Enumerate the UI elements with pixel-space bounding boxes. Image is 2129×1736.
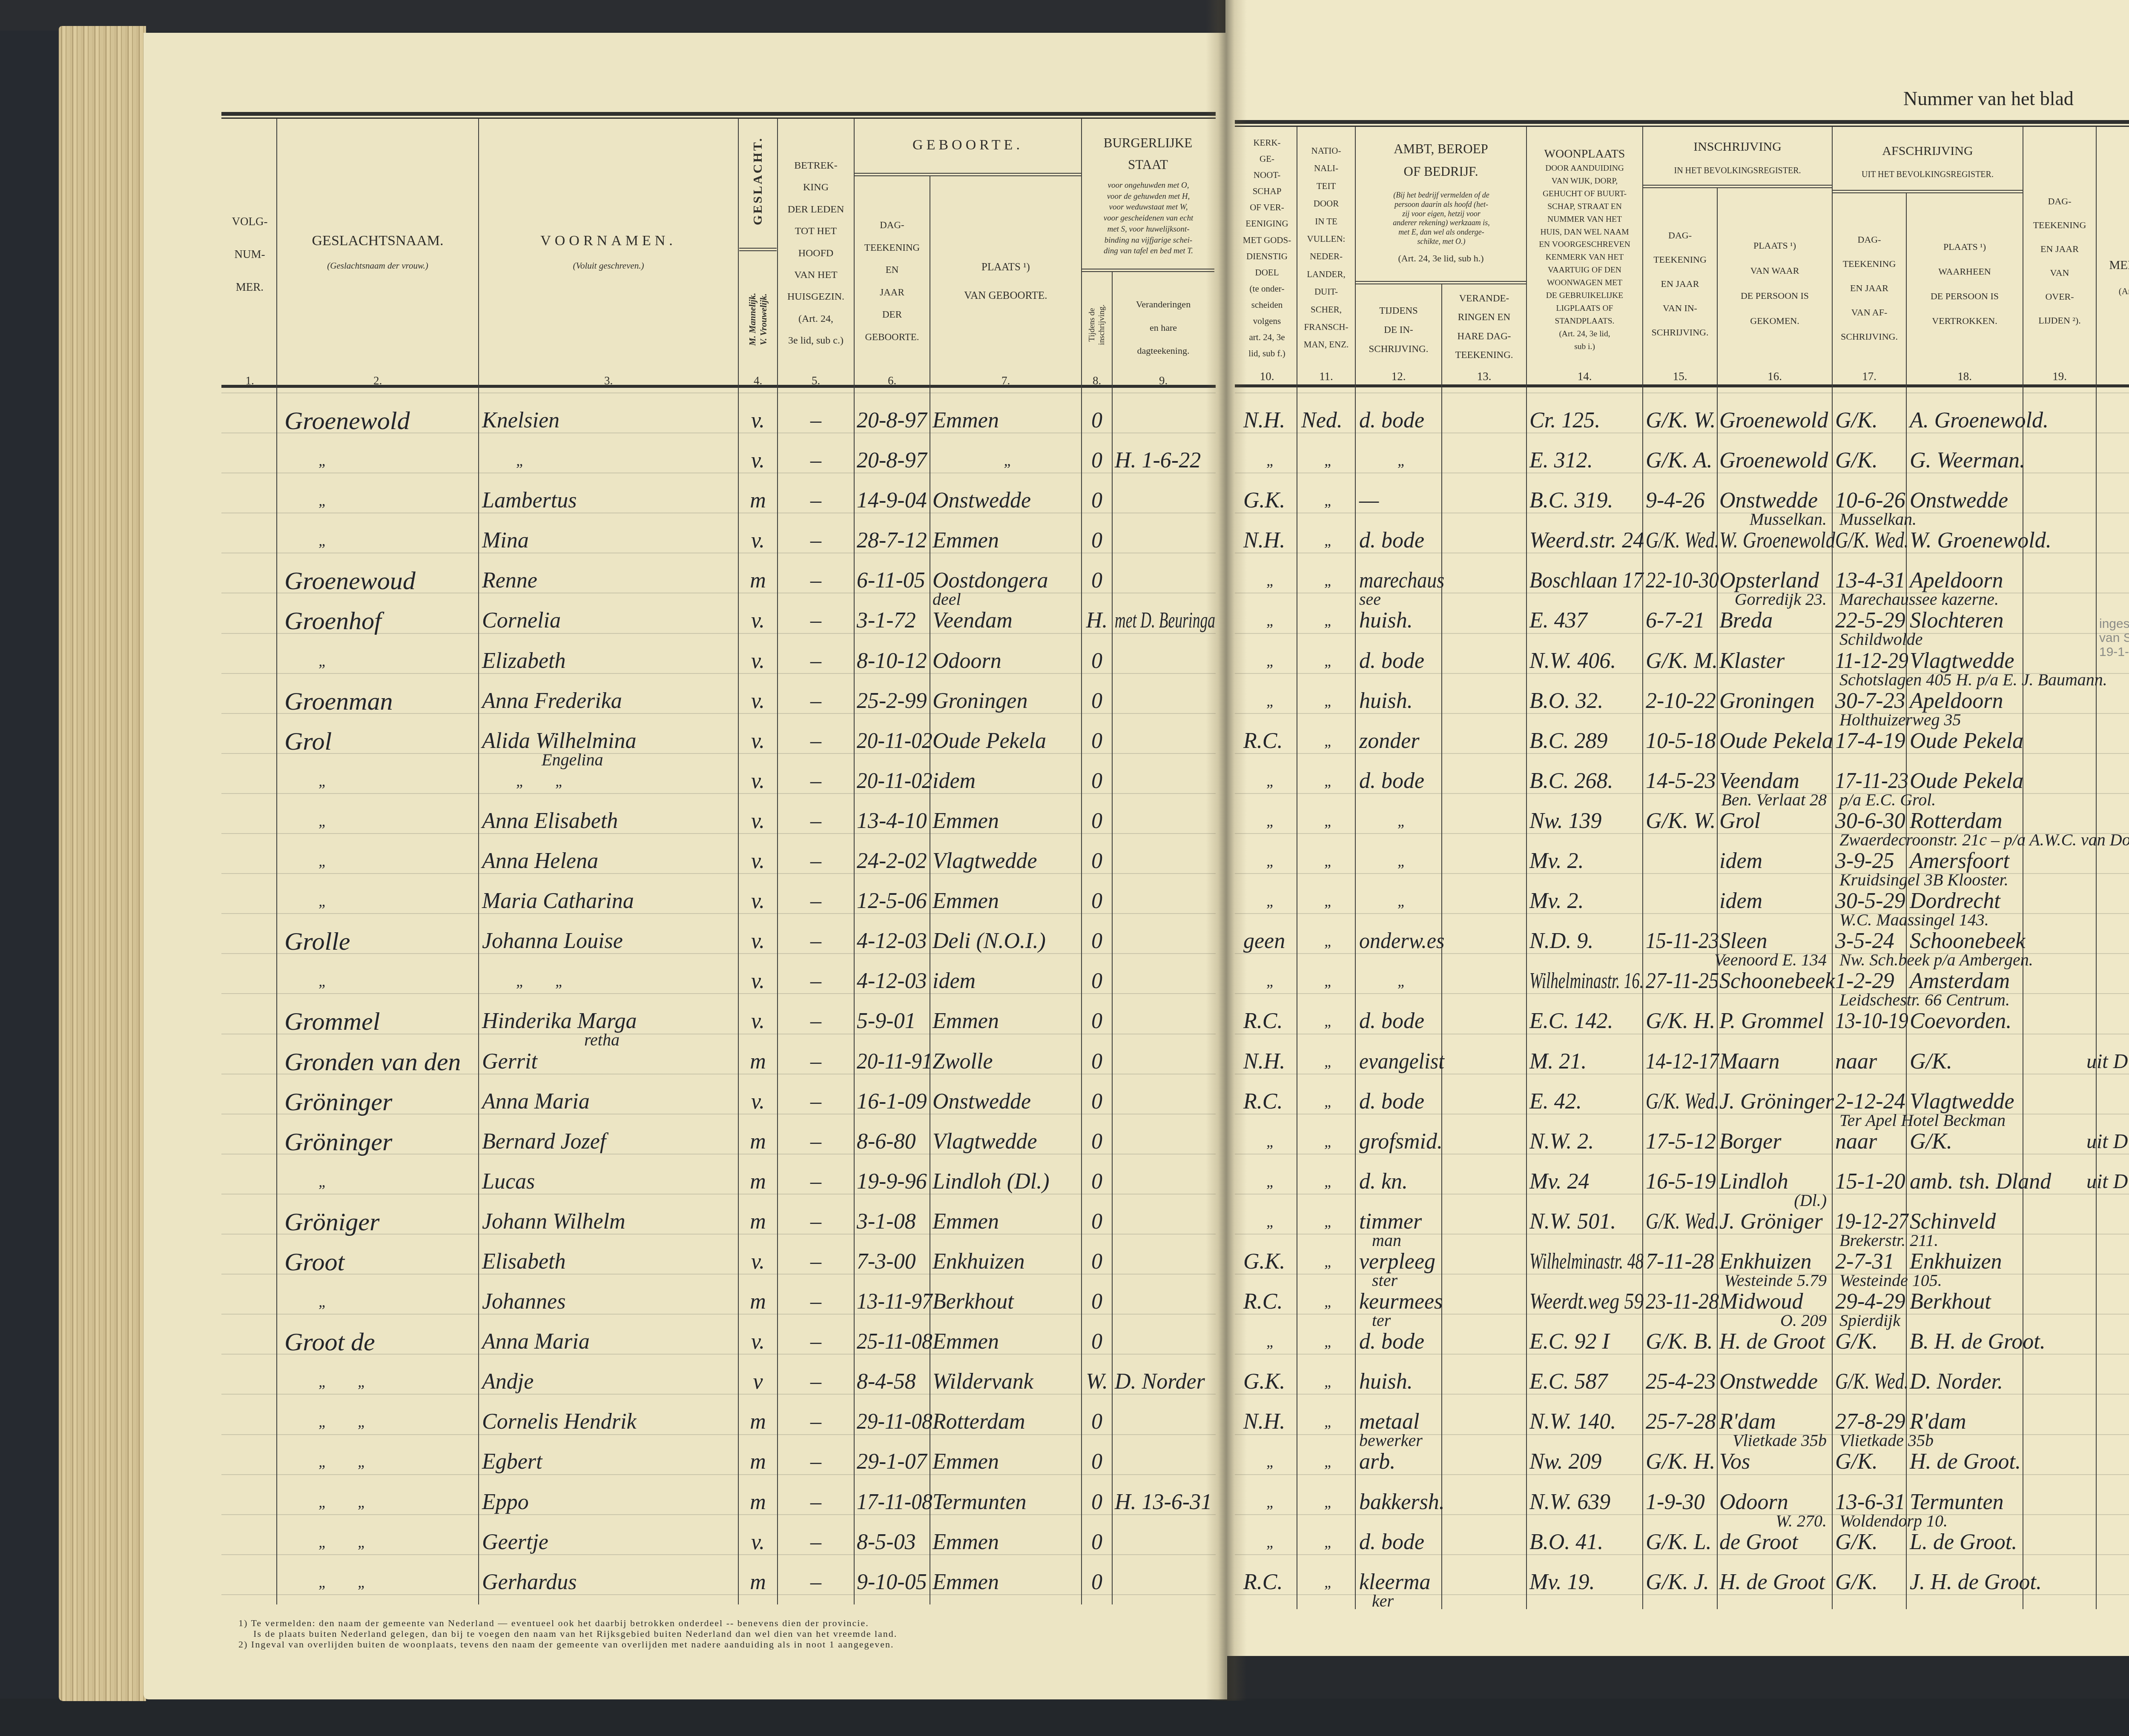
religion-cell: „ bbox=[1243, 961, 1298, 1001]
address-cell: B.C. 289 bbox=[1529, 721, 1644, 761]
remarks-cell bbox=[2086, 1522, 2129, 1562]
surname-cell: „ „ bbox=[284, 1522, 477, 1562]
header-nationaliteit: NATIO- NALI- TEIT DOOR IN TE VULLEN: NED… bbox=[1297, 142, 1355, 354]
register-row: „ „ Eppo m – 17-11-08 Termunten 0 H. 13-… bbox=[0, 1482, 2129, 1522]
surname-cell: „ „ bbox=[284, 1442, 477, 1482]
column-number-1: 1. bbox=[223, 374, 277, 387]
civil-status-changes-cell: D. Norder bbox=[1115, 1362, 1215, 1402]
address-cell: Nw. 209 bbox=[1529, 1442, 1644, 1482]
column-number-8: 8. bbox=[1082, 374, 1112, 387]
relation-to-head-cell: – bbox=[778, 1001, 854, 1041]
occupation-changes-cell bbox=[1444, 1042, 1525, 1082]
relation-to-head-cell: – bbox=[778, 1482, 854, 1522]
sex-cell: v. bbox=[738, 521, 778, 561]
register-row: Groot Elisabeth v. – 7-3-00 Enkhuizen 0 … bbox=[0, 1242, 2129, 1282]
religion-cell: R.C. bbox=[1243, 1282, 1298, 1322]
nationality-cell: „ bbox=[1301, 1242, 1356, 1282]
address-cell: N.W. 2. bbox=[1529, 1122, 1644, 1162]
death-date-cell bbox=[2026, 681, 2096, 721]
address-cell: Wilhelminastr. 16. bbox=[1529, 961, 1611, 1001]
religion-cell: „ bbox=[1243, 641, 1298, 681]
surname-cell: „ bbox=[284, 481, 477, 521]
footnote-1-continued: Is de plaats buiten Nederland gelegen, d… bbox=[253, 1628, 897, 1639]
remarks-cell bbox=[2086, 1322, 2129, 1362]
death-date-cell bbox=[2026, 1442, 2096, 1482]
header-ambt-article: (Art. 24, 3e lid, sub h.) bbox=[1355, 252, 1526, 265]
surname-cell: „ bbox=[284, 841, 477, 881]
surname-cell: Groenewoud bbox=[284, 561, 477, 601]
remarks-cell bbox=[2086, 1082, 2129, 1122]
column-number-16: 16. bbox=[1717, 370, 1832, 383]
religion-cell: N.H. bbox=[1243, 1402, 1298, 1442]
birth-date-cell: 20-11-91 bbox=[857, 1042, 929, 1082]
register-row: „ „ Cornelis Hendrik m – 29-11-08 Rotter… bbox=[0, 1402, 2129, 1442]
right-header-bottom-rule bbox=[1235, 384, 2129, 387]
civil-status-cell: 0 bbox=[1082, 1122, 1112, 1162]
address-cell: N.W. 140. bbox=[1529, 1402, 1644, 1442]
death-date-cell bbox=[2026, 1082, 2096, 1122]
sex-cell: m bbox=[738, 481, 778, 521]
civil-status-cell: 0 bbox=[1082, 801, 1112, 841]
register-row: Grommel Hinderika Marga retha v. – 5-9-0… bbox=[0, 1001, 2129, 1041]
address-cell: N.W. 406. bbox=[1529, 641, 1644, 681]
column-number-17: 17. bbox=[1832, 370, 1906, 383]
address-cell: B.C. 268. bbox=[1529, 761, 1644, 801]
left-header-top-thin-rule bbox=[221, 117, 1216, 119]
header-beroep-tijdens-inschrijving: TIJDENS DE IN- SCHRIJVING. bbox=[1355, 301, 1442, 358]
nationality-cell: „ bbox=[1301, 601, 1356, 641]
header-burgerlijke-staat: BURGERLIJKE STAAT bbox=[1082, 132, 1214, 175]
occupation-changes-cell bbox=[1444, 801, 1525, 841]
civil-status-changes-cell bbox=[1115, 1122, 1215, 1162]
occupation-changes-cell bbox=[1444, 961, 1525, 1001]
civil-status-cell: 0 bbox=[1082, 1162, 1112, 1202]
remarks-cell bbox=[2086, 1562, 2129, 1602]
relation-to-head-cell: – bbox=[778, 1162, 854, 1202]
nationality-cell: „ bbox=[1301, 1001, 1356, 1041]
death-date-cell bbox=[2026, 1402, 2096, 1442]
address-cell: Nw. 139 bbox=[1529, 801, 1644, 841]
header-inschrijving: INSCHRIJVING bbox=[1643, 138, 1832, 155]
civil-status-cell: 0 bbox=[1082, 1282, 1112, 1322]
birth-date-cell: 6-11-05 bbox=[857, 561, 933, 601]
sex-cell: v. bbox=[738, 801, 778, 841]
civil-status-cell: 0 bbox=[1082, 761, 1112, 801]
civil-status-changes-cell bbox=[1115, 1322, 1215, 1362]
birth-date-cell: 25-11-08 bbox=[857, 1322, 929, 1362]
birth-date-cell: 8-6-80 bbox=[857, 1122, 933, 1162]
civil-status-cell: 0 bbox=[1082, 481, 1112, 521]
nationality-cell: „ bbox=[1301, 1482, 1356, 1522]
death-date-cell bbox=[2026, 1001, 2096, 1041]
civil-status-changes-cell bbox=[1115, 721, 1215, 761]
register-row: Gröninger Anna Maria v. – 16-1-09 Onstwe… bbox=[0, 1082, 2129, 1122]
surname-cell: „ bbox=[284, 641, 477, 681]
surname-cell: Gronden van den bbox=[284, 1042, 477, 1082]
civil-status-changes-cell bbox=[1115, 681, 1215, 721]
nationality-cell: „ bbox=[1301, 1042, 1356, 1082]
death-date-cell bbox=[2026, 1362, 2096, 1402]
occupation-changes-cell bbox=[1444, 1402, 1525, 1442]
civil-status-cell: W. bbox=[1082, 1362, 1112, 1402]
right-header-top-thin-rule bbox=[1235, 126, 2129, 127]
religion-cell: G.K. bbox=[1243, 1242, 1298, 1282]
death-date-cell bbox=[2026, 601, 2096, 641]
column-number-12: 12. bbox=[1355, 370, 1442, 383]
surname-cell: Groenhof bbox=[284, 601, 477, 641]
given-names-continuation bbox=[482, 1581, 737, 1621]
sex-cell: v. bbox=[738, 1522, 778, 1562]
surname-cell: „ „ bbox=[284, 1402, 477, 1442]
religion-cell: „ bbox=[1243, 1522, 1298, 1562]
occupation-changes-cell bbox=[1444, 1001, 1525, 1041]
occupation-changes-cell bbox=[1444, 1282, 1525, 1322]
surname-cell: Grommel bbox=[284, 1001, 477, 1041]
birth-date-cell: 19-9-96 bbox=[857, 1162, 933, 1202]
register-row: „ „ v. – 20-8-97 „ 0 H. 1-6-22 „ „ „ E. … bbox=[0, 441, 2129, 481]
surname-cell: Groot de bbox=[284, 1322, 477, 1362]
remarks-cell bbox=[2086, 1442, 2129, 1482]
relation-to-head-cell: – bbox=[778, 441, 854, 481]
birth-date-cell: 3-1-08 bbox=[857, 1202, 933, 1242]
header-ambt-beroep: AMBT, BEROEP OF BEDRIJF. bbox=[1355, 138, 1526, 183]
column-number-9: 9. bbox=[1112, 374, 1214, 387]
occupation-changes-cell bbox=[1444, 1122, 1525, 1162]
nationality-cell: „ bbox=[1301, 441, 1356, 481]
surname-cell: „ „ bbox=[284, 1482, 477, 1522]
geboorte-divider bbox=[854, 173, 1082, 176]
header-burgerlijke-staat-note: voor ongehuwden met O, voor de gehuwden … bbox=[1084, 180, 1213, 257]
death-date-cell bbox=[2026, 761, 2096, 801]
religion-cell: „ bbox=[1243, 801, 1298, 841]
surname-cell: Groenman bbox=[284, 681, 477, 721]
afschrijving-divider bbox=[1832, 190, 2023, 193]
remarks-cell bbox=[2086, 1202, 2129, 1242]
occupation-changes-cell bbox=[1444, 1522, 1525, 1562]
relation-to-head-cell: – bbox=[778, 521, 854, 561]
birth-date-cell: 28-7-12 bbox=[857, 521, 933, 561]
remarks-cell bbox=[2086, 1242, 2129, 1282]
birth-place-continuation bbox=[933, 1581, 1084, 1621]
death-date-cell bbox=[2026, 521, 2096, 561]
sex-cell: v. bbox=[738, 1242, 778, 1282]
remarks-cell bbox=[2086, 921, 2129, 961]
header-aanmerkingen-note: (Art. 24, 5e lid.) bbox=[2096, 286, 2129, 297]
remarks-cell bbox=[2086, 1001, 2129, 1041]
remarks-cell bbox=[2086, 481, 2129, 521]
sheet-number-label: Nummer van het blad bbox=[1903, 87, 2074, 110]
surname-cell: „ bbox=[284, 761, 477, 801]
register-row: „ „ Geertje v. – 8-5-03 Emmen 0 „ „ d. b… bbox=[0, 1522, 2129, 1562]
register-row: „ Anna Helena v. – 24-2-02 Vlagtwedde 0 … bbox=[0, 841, 2129, 881]
register-rows: Groenewold Knelsien v. – 20-8-97 Emmen 0… bbox=[0, 401, 2129, 1602]
civil-status-changes-cell bbox=[1115, 761, 1215, 801]
birth-date-cell: 29-11-08 bbox=[857, 1402, 929, 1442]
religion-cell: geen bbox=[1243, 921, 1298, 961]
civil-status-cell: 0 bbox=[1082, 921, 1112, 961]
register-row: „ „ Andje v – 8-4-58 Wildervank W. D. No… bbox=[0, 1362, 2129, 1402]
book-cover-bottom bbox=[0, 1699, 2129, 1736]
relation-to-head-cell: – bbox=[778, 1322, 854, 1362]
religion-cell: „ bbox=[1243, 561, 1298, 601]
sex-cell: m bbox=[738, 1482, 778, 1522]
birth-date-cell: 8-5-03 bbox=[857, 1522, 933, 1562]
header-betrekking: BETREK- KING DER LEDEN TOT HET HOOFD VAN… bbox=[778, 155, 854, 352]
death-date-cell bbox=[2026, 561, 2096, 601]
nationality-cell: „ bbox=[1301, 1402, 1356, 1442]
nationality-cell: „ bbox=[1301, 801, 1356, 841]
birth-date-cell: 5-9-01 bbox=[857, 1001, 933, 1041]
nationality-cell: „ bbox=[1301, 921, 1356, 961]
religion-cell: „ bbox=[1243, 1122, 1298, 1162]
sex-cell: v. bbox=[738, 601, 778, 641]
register-row: „ Lambertus m – 14-9-04 Onstwedde 0 G.K.… bbox=[0, 481, 2129, 521]
nationality-cell: „ bbox=[1301, 561, 1356, 601]
surname-cell: „ bbox=[284, 1162, 477, 1202]
remarks-cell: uit Dl. 52/93. bbox=[2086, 1162, 2129, 1202]
register-row: Groenewoud Renne m – 6-11-05 Oostdongera… bbox=[0, 561, 2129, 601]
nationality-cell: „ bbox=[1301, 641, 1356, 681]
address-cell: B.O. 32. bbox=[1529, 681, 1644, 721]
register-row: Groot de Anna Maria v. – 25-11-08 Emmen … bbox=[0, 1322, 2129, 1362]
civil-status-changes-cell bbox=[1115, 921, 1215, 961]
address-cell: Wilhelminastr. 48 bbox=[1529, 1242, 1613, 1282]
remarks-cell bbox=[2086, 521, 2129, 561]
death-date-cell bbox=[2026, 1322, 2096, 1362]
sex-cell: m bbox=[738, 561, 778, 601]
death-date-cell bbox=[2026, 441, 2096, 481]
address-cell: E. 437 bbox=[1529, 601, 1644, 641]
nationality-cell: „ bbox=[1301, 1282, 1356, 1322]
register-row: „ Johannes m – 13-11-97 Berkhout 0 R.C. … bbox=[0, 1282, 2129, 1322]
sex-cell: m bbox=[738, 1562, 778, 1602]
civil-status-changes-cell bbox=[1115, 881, 1215, 921]
surname-cell: „ bbox=[284, 881, 477, 921]
religion-cell: R.C. bbox=[1243, 1562, 1298, 1602]
religion-cell: „ bbox=[1243, 761, 1298, 801]
religion-cell: R.C. bbox=[1243, 1001, 1298, 1041]
civil-status-changes-cell bbox=[1115, 561, 1215, 601]
death-date-cell bbox=[2026, 961, 2096, 1001]
sex-cell: v. bbox=[738, 841, 778, 881]
header-inschrijving-datum: DAG- TEEKENING EN JAAR VAN IN- SCHRIJVIN… bbox=[1643, 223, 1717, 344]
death-date-cell bbox=[2026, 1122, 2096, 1162]
header-geboorteplaats: PLAATS ¹) VAN GEBOORTE. bbox=[930, 253, 1082, 310]
sex-cell: v. bbox=[738, 641, 778, 681]
religion-cell: R.C. bbox=[1243, 721, 1298, 761]
occupation-changes-cell bbox=[1444, 1202, 1525, 1242]
address-cell: E.C. 587 bbox=[1529, 1362, 1644, 1402]
register-row: „ „ „ v. – 4-12-03 idem 0 „ „ „ Wilhelmi… bbox=[0, 961, 2129, 1001]
remarks-cell bbox=[2086, 961, 2129, 1001]
birth-date-cell: 20-11-02 bbox=[857, 761, 929, 801]
civil-status-changes-cell bbox=[1115, 1442, 1215, 1482]
header-woonplaats: WOONPLAATS bbox=[1526, 146, 1643, 162]
birth-date-cell: 12-5-06 bbox=[857, 881, 933, 921]
remarks-cell bbox=[2086, 1282, 2129, 1322]
civil-status-changes-cell bbox=[1115, 1402, 1215, 1442]
header-inschrijving-plaats: PLAATS ¹) VAN WAAR DE PERSOON IS GEKOMEN… bbox=[1717, 233, 1832, 333]
registration-note bbox=[1644, 1581, 1827, 1621]
address-cell: E. 312. bbox=[1529, 441, 1644, 481]
header-geslacht-legend: M. Mannelijk. V. Vrouwelijk. bbox=[746, 281, 770, 358]
address-cell: Weerd.str. 24 bbox=[1529, 521, 1644, 561]
address-cell: N.W. 639 bbox=[1529, 1482, 1644, 1522]
civil-status-changes-cell bbox=[1115, 481, 1215, 521]
birth-date-cell: 20-8-97 bbox=[857, 401, 933, 441]
column-number-3: 3. bbox=[479, 374, 738, 387]
sex-cell: v. bbox=[738, 441, 778, 481]
religion-cell: „ bbox=[1243, 1162, 1298, 1202]
header-woonplaats-note: DOOR AANDUIDING VAN WIJK, DORP, GEHUCHT … bbox=[1526, 162, 1643, 353]
remarks-cell bbox=[2086, 1482, 2129, 1522]
footnote-1: 1) Te vermelden: den naam der gemeente v… bbox=[238, 1618, 869, 1628]
relation-to-head-cell: – bbox=[778, 721, 854, 761]
surname-cell: „ bbox=[284, 441, 477, 481]
relation-to-head-cell: – bbox=[778, 1082, 854, 1122]
nationality-cell: „ bbox=[1301, 1162, 1356, 1202]
birth-date-cell: 7-3-00 bbox=[857, 1242, 933, 1282]
surname-cell: Gröniger bbox=[284, 1202, 477, 1242]
birth-date-cell: 13-4-10 bbox=[857, 801, 933, 841]
header-geslachtsnaam: GESLACHTSNAAM. bbox=[277, 232, 479, 250]
religion-cell: N.H. bbox=[1243, 401, 1298, 441]
sex-cell: m bbox=[738, 1202, 778, 1242]
remarks-cell bbox=[2086, 441, 2129, 481]
occupation-changes-cell bbox=[1444, 1362, 1525, 1402]
column-number-19: 19. bbox=[2023, 370, 2096, 383]
relation-to-head-cell: – bbox=[778, 921, 854, 961]
register-row: Groenman Anna Frederika v. – 25-2-99 Gro… bbox=[0, 681, 2129, 721]
nationality-cell: „ bbox=[1301, 721, 1356, 761]
civil-status-cell: 0 bbox=[1082, 1402, 1112, 1442]
religion-cell: G.K. bbox=[1243, 481, 1298, 521]
death-date-cell bbox=[2026, 1482, 2096, 1522]
register-row: „ Anna Elisabeth v. – 13-4-10 Emmen 0 „ … bbox=[0, 801, 2129, 841]
register-row: „ Mina v. – 28-7-12 Emmen 0 N.H. „ d. bo… bbox=[0, 521, 2129, 561]
sex-cell: v. bbox=[738, 1001, 778, 1041]
occupation-changes-cell bbox=[1444, 641, 1525, 681]
remarks-cell bbox=[2086, 1402, 2129, 1442]
surname-cell: Grolle bbox=[284, 921, 477, 961]
occupation-changes-cell bbox=[1444, 921, 1525, 961]
death-date-cell bbox=[2026, 881, 2096, 921]
address-cell: Boschlaan 17 bbox=[1529, 561, 1637, 601]
ambt-divider bbox=[1355, 281, 1526, 284]
nationality-cell: Ned. bbox=[1301, 401, 1356, 441]
occupation-changes-cell bbox=[1444, 441, 1525, 481]
address-cell: E.C. 142. bbox=[1529, 1001, 1644, 1041]
occupation-changes-cell bbox=[1444, 1562, 1525, 1602]
religion-cell: „ bbox=[1243, 841, 1298, 881]
sex-cell: m bbox=[738, 1282, 778, 1322]
civil-status-cell: 0 bbox=[1082, 521, 1112, 561]
relation-to-head-cell: – bbox=[778, 1442, 854, 1482]
civil-status-changes-cell bbox=[1115, 1082, 1215, 1122]
sex-cell: m bbox=[738, 1122, 778, 1162]
relation-to-head-cell: – bbox=[778, 761, 854, 801]
nationality-cell: „ bbox=[1301, 1562, 1356, 1602]
nationality-cell: „ bbox=[1301, 1522, 1356, 1562]
nationality-cell: „ bbox=[1301, 881, 1356, 921]
surname-cell: Groenewold bbox=[284, 401, 477, 441]
civil-status-changes-cell bbox=[1115, 1282, 1215, 1322]
sex-cell: v. bbox=[738, 1082, 778, 1122]
surname-cell: „ bbox=[284, 1282, 477, 1322]
column-number-7: 7. bbox=[930, 374, 1082, 387]
book-cover-top bbox=[0, 0, 1235, 31]
civil-status-cell: 0 bbox=[1082, 1322, 1112, 1362]
surname-cell: „ bbox=[284, 801, 477, 841]
death-date-cell bbox=[2026, 1282, 2096, 1322]
header-overlijden: DAG- TEEKENING EN JAAR VAN OVER- LIJDEN … bbox=[2023, 189, 2096, 332]
civil-status-cell: 0 bbox=[1082, 1001, 1112, 1041]
religion-cell: „ bbox=[1243, 1202, 1298, 1242]
relation-to-head-cell: – bbox=[778, 801, 854, 841]
header-afschrijving: AFSCHRIJVING bbox=[1832, 143, 2023, 160]
remarks-cell bbox=[2086, 401, 2129, 441]
address-cell: Cr. 125. bbox=[1529, 401, 1644, 441]
relation-to-head-cell: – bbox=[778, 1282, 854, 1322]
death-date-cell bbox=[2026, 721, 2096, 761]
death-date-cell bbox=[2026, 1522, 2096, 1562]
left-header-top-rule bbox=[221, 112, 1216, 116]
civil-status-cell: 0 bbox=[1082, 1562, 1112, 1602]
sex-cell: v. bbox=[738, 401, 778, 441]
civil-status-changes-cell bbox=[1115, 1562, 1215, 1602]
civil-status-changes-cell bbox=[1115, 1242, 1215, 1282]
birth-date-cell: 25-2-99 bbox=[857, 681, 933, 721]
register-row: „ Elizabeth v. – 8-10-12 Odoorn 0 „ „ d.… bbox=[0, 641, 2129, 681]
register-row: „ „ „ v. – 20-11-02 idem 0 „ „ d. bode B… bbox=[0, 761, 2129, 801]
register-row: Groenhof Cornelia v. – 3-1-72 Veendam H.… bbox=[0, 601, 2129, 641]
address-cell: N.W. 501. bbox=[1529, 1202, 1644, 1242]
religion-cell: „ bbox=[1243, 1442, 1298, 1482]
nationality-cell: „ bbox=[1301, 761, 1356, 801]
address-cell: Mv. 24 bbox=[1529, 1162, 1644, 1202]
death-date-cell bbox=[2026, 1242, 2096, 1282]
occupation-changes-cell bbox=[1444, 1442, 1525, 1482]
register-row: „ Maria Catharina v. – 12-5-06 Emmen 0 „… bbox=[0, 881, 2129, 921]
header-geboorte: GEBOORTE. bbox=[854, 135, 1082, 155]
occupation-changes-cell bbox=[1444, 841, 1525, 881]
relation-to-head-cell: – bbox=[778, 601, 854, 641]
relation-to-head-cell: – bbox=[778, 401, 854, 441]
address-cell: Mv. 2. bbox=[1529, 881, 1644, 921]
birth-date-cell: 24-2-02 bbox=[857, 841, 933, 881]
death-date-cell bbox=[2026, 921, 2096, 961]
remarks-cell bbox=[2086, 881, 2129, 921]
remarks-cell bbox=[2086, 761, 2129, 801]
death-date-cell bbox=[2026, 801, 2096, 841]
column-number-20: 20. bbox=[2096, 370, 2129, 383]
relation-to-head-cell: – bbox=[778, 1522, 854, 1562]
birth-date-cell: 8-10-12 bbox=[857, 641, 933, 681]
surname-cell: „ bbox=[284, 961, 477, 1001]
sex-cell: m bbox=[738, 1042, 778, 1082]
nationality-cell: „ bbox=[1301, 1122, 1356, 1162]
register-row: Grolle Johanna Louise v. – 4-12-03 Deli … bbox=[0, 921, 2129, 961]
register-row: „ „ Egbert m – 29-1-07 Emmen 0 „ „ arb. … bbox=[0, 1442, 2129, 1482]
birth-date-cell: 3-1-72 bbox=[857, 601, 933, 641]
column-number-5: 5. bbox=[778, 374, 854, 387]
occupation-changes-cell bbox=[1444, 761, 1525, 801]
geslacht-divider bbox=[739, 248, 777, 251]
relation-to-head-cell: – bbox=[778, 1122, 854, 1162]
death-date-cell bbox=[2026, 841, 2096, 881]
remarks-cell bbox=[2086, 801, 2129, 841]
relation-to-head-cell: – bbox=[778, 1242, 854, 1282]
